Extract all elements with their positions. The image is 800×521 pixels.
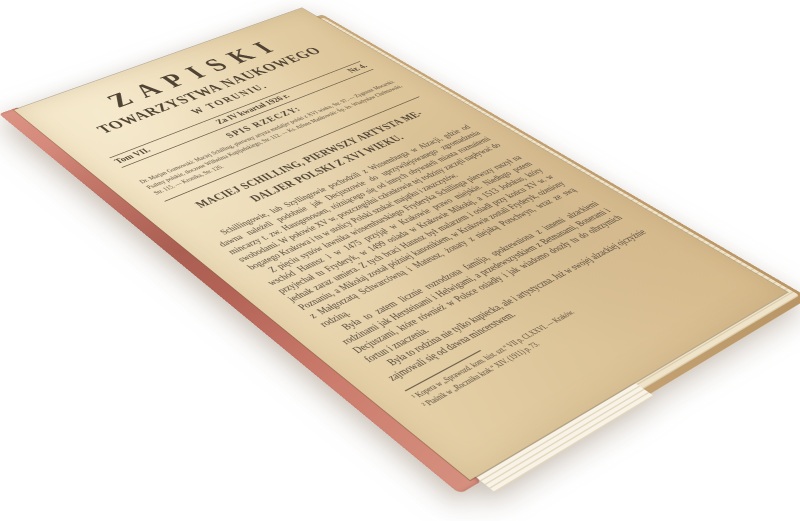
front-cover: ZAPISKI TOWARZYSTWA NAUKOWEGO W TORUNIU.…: [14, 8, 787, 480]
article-body: Schillingowie, lub Szyllingowie pochodzi…: [208, 124, 664, 385]
book-shadow-wrap: ZAPISKI TOWARZYSTWA NAUKOWEGO W TORUNIU.…: [0, 0, 800, 521]
journal-book: ZAPISKI TOWARZYSTWA NAUKOWEGO W TORUNIU.…: [14, 8, 787, 480]
photo-stage: ZAPISKI TOWARZYSTWA NAUKOWEGO W TORUNIU.…: [0, 0, 800, 521]
